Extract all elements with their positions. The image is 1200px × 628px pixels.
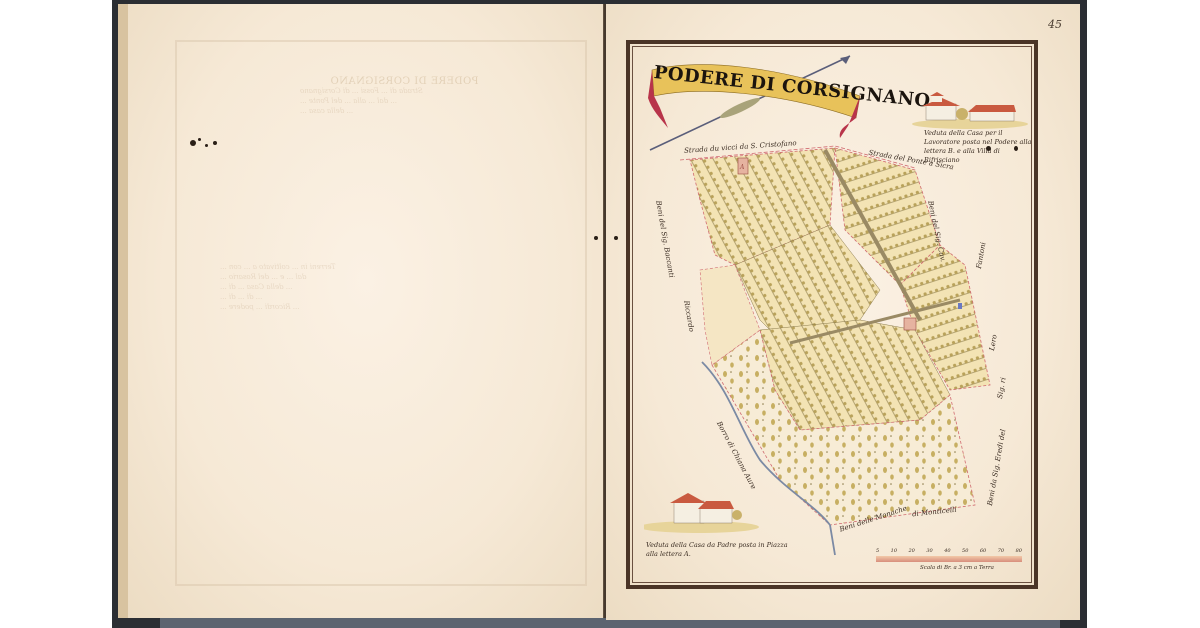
ink-blot	[986, 146, 991, 151]
vignette-villa	[644, 485, 774, 535]
scale-bar	[876, 556, 1022, 562]
fields	[690, 148, 990, 525]
ink-blot	[1014, 146, 1018, 151]
building-b	[904, 318, 916, 330]
scale-ticks: 5 10 20 30 40 50 60 70 80	[876, 548, 1022, 554]
label-letter-a: A	[740, 164, 744, 171]
vignette-bottom-caption: Veduta della Casa da Padre posta in Piaz…	[646, 541, 826, 559]
ink-blot	[594, 236, 598, 240]
ink-blot	[614, 236, 618, 240]
scale-caption: Scala di Br. a 3 cm a Terra	[920, 565, 994, 571]
vignette-farmhouse	[910, 90, 1030, 130]
